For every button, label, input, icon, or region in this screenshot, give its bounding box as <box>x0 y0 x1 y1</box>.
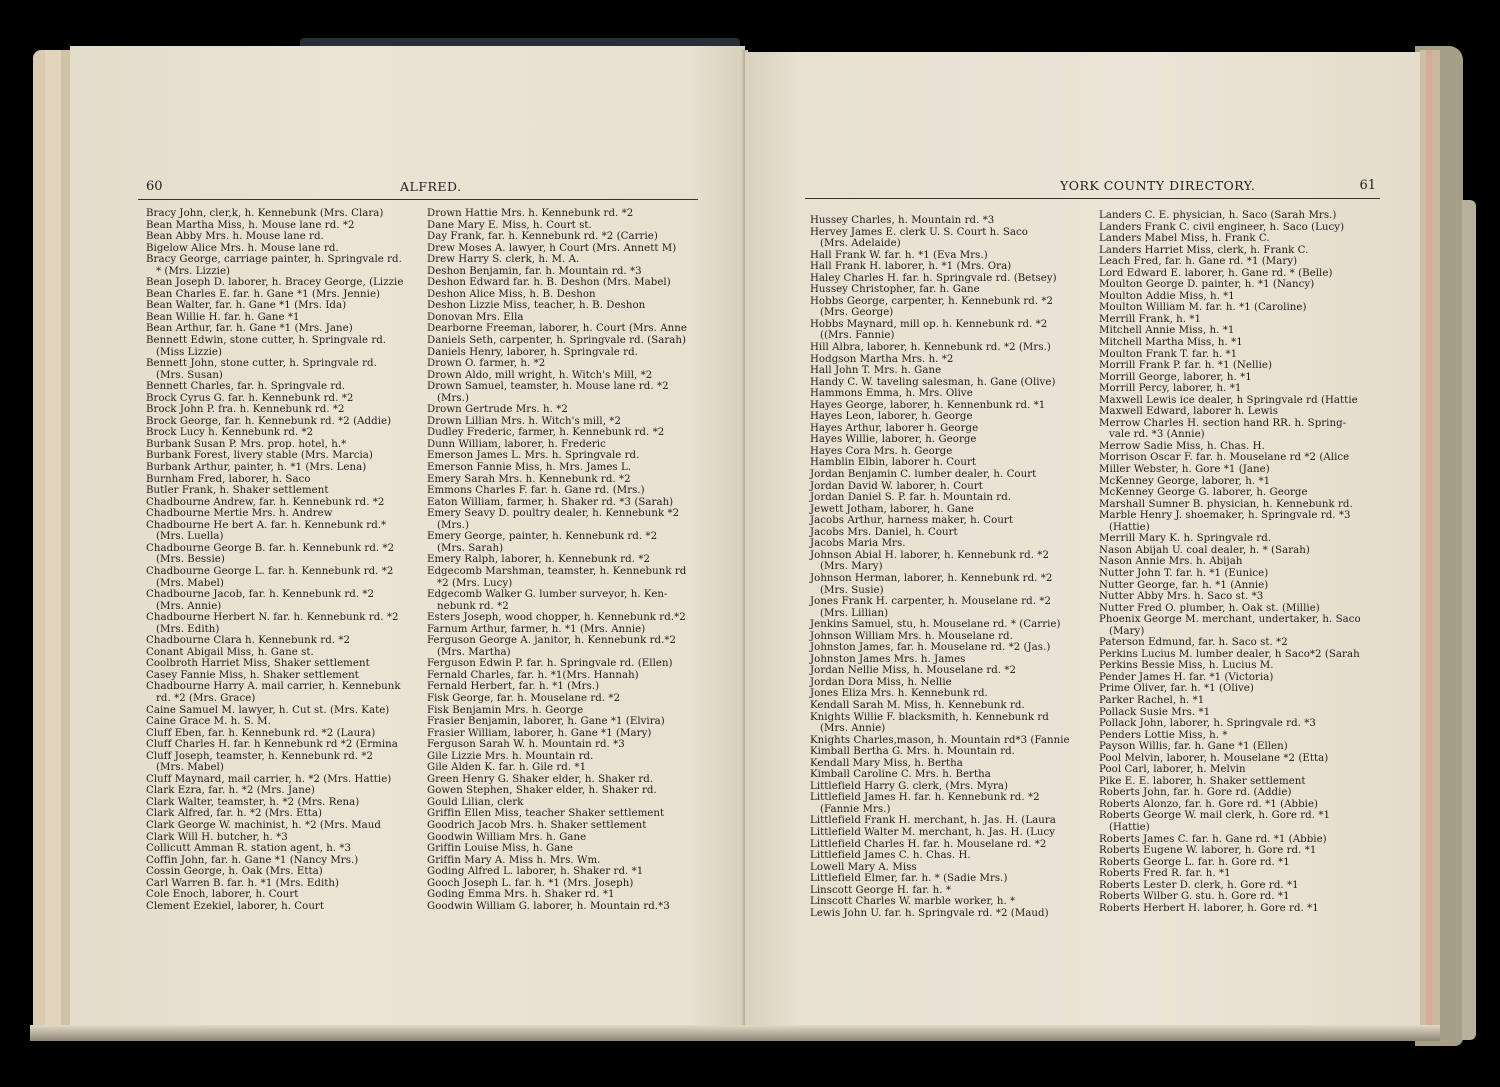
directory-entry: Ferguson George A. janitor, h. Kennebunk… <box>427 635 687 658</box>
entry-text: Payson Willis, far. h. Gane *1 (Ellen) <box>1099 741 1288 752</box>
entry-continuation: (Mrs. Edith) <box>146 624 403 636</box>
entry-text: Littlefield Elmer, far. h. * (Sadie Mrs.… <box>810 873 1008 884</box>
directory-entry: Jordan Benjamin C. lumber dealer, h. Cou… <box>810 469 1070 481</box>
directory-entry: Clark Alfred, far. h. *2 (Mrs. Etta) <box>146 808 403 820</box>
directory-entry: Bracy John, cler,k, h. Kennebunk (Mrs. C… <box>146 208 403 220</box>
entry-text: Parker Rachel, h. *1 <box>1099 695 1204 706</box>
entry-continuation: (Mrs. Susie) <box>810 585 1070 597</box>
directory-entry: Mitchell Annie Miss, h. *1 <box>1099 325 1361 337</box>
directory-entry: Hammons Emma, h. Mrs. Olive <box>810 388 1070 400</box>
entry-text: Drown Samuel, teamster, h. Mouse lane rd… <box>427 381 669 392</box>
directory-entry: Merrill Mary K. h. Springvale rd. <box>1099 533 1361 545</box>
entry-text: Lewis John U. far. h. Springvale rd. *2 … <box>810 908 1049 919</box>
entry-text: Bean Walter, far. h. Gane *1 (Mrs. Ida) <box>146 300 346 311</box>
directory-entry: Pool Carl, laborer, h. Melvin <box>1099 764 1361 776</box>
directory-entry: Kendall Sarah M. Miss, h. Kennebunk rd. <box>810 700 1070 712</box>
entry-continuation: (Mrs. Lillian) <box>810 608 1070 620</box>
entry-text: Butler Frank, h. Shaker settlement <box>146 485 329 496</box>
directory-entry: Roberts Fred R. far. h. *1 <box>1099 868 1361 880</box>
entry-text: Jenkins Samuel, stu, h. Mouselane rd. * … <box>810 619 1061 630</box>
entry-text: Cluff Charles H. far. h Kennebunk rd *2 … <box>146 739 398 750</box>
entry-text: Edgecomb Walker G. lumber surveyor, h. K… <box>427 589 668 600</box>
entry-text: Landers Harriet Miss, clerk, h. Frank C. <box>1099 245 1308 256</box>
directory-entry: Clark Will H. butcher, h. *3 <box>146 832 403 844</box>
directory-entry: Deshon Lizzie Miss, teacher, h. B. Desho… <box>427 300 687 312</box>
directory-entry: Jacobs Arthur, harness maker, h. Court <box>810 515 1070 527</box>
directory-entry: Frasier William, laborer, h. Gane *1 (Ma… <box>427 728 687 740</box>
entry-text: Hall John T. Mrs. h. Gane <box>810 365 941 376</box>
entry-continuation: (Mrs. Martha) <box>427 647 687 659</box>
entry-text: Roberts George L. far. h. Gore rd. *1 <box>1099 857 1290 868</box>
directory-entry: Caine Grace M. h. S. M. <box>146 716 403 728</box>
directory-entry: Bean Arthur, far. h. Gane *1 (Mrs. Jane) <box>146 323 403 335</box>
directory-entry: Knights Charles,mason, h. Mountain rd*3 … <box>810 735 1070 747</box>
directory-entry: Maxwell Edward, laborer h. Lewis <box>1099 406 1361 418</box>
entry-text: Merrill Frank, h. *1 <box>1099 314 1201 325</box>
directory-entry: Johnson William Mrs. h. Mouselane rd. <box>810 631 1070 643</box>
directory-entry: Pool Melvin, laborer, h. Mouselane *2 (E… <box>1099 753 1361 765</box>
directory-entry: Marshall Sumner B. physician, h. Kennebu… <box>1099 499 1361 511</box>
directory-entry: Green Henry G. Shaker elder, h. Shaker r… <box>427 774 687 786</box>
left-page: 60 ALFRED. Bracy John, cler,k, h. Kenneb… <box>70 46 745 1031</box>
entry-text: Hayes George, laborer, h. Kennenbunk rd.… <box>810 400 1045 411</box>
entry-text: Caine Samuel M. lawyer, h. Cut st. (Mrs.… <box>146 705 389 716</box>
entry-text: Jordan Nellie Miss, h. Mouselane rd. *2 <box>810 665 1016 676</box>
entry-text: Perkins Bessie Miss, h. Lucius M. <box>1099 660 1274 671</box>
entry-text: Clement Ezekiel, laborer, h. Court <box>146 901 324 912</box>
directory-entry: Hayes Arthur, laborer h. George <box>810 423 1070 435</box>
entry-text: Hill Albra, laborer, h. Kennebunk rd. *2… <box>810 342 1051 353</box>
entry-text: Hayes Cora Mrs. h. George <box>810 446 952 457</box>
directory-entry: Littlefield Frank H. merchant, h. Jas. H… <box>810 815 1070 827</box>
directory-entry: Mitchell Martha Miss, h. *1 <box>1099 337 1361 349</box>
entry-text: Cluff Eben, far. h. Kennebunk rd. *2 (La… <box>146 728 375 739</box>
entry-text: Jordan Daniel S. P. far. h. Mountain rd. <box>810 492 1011 503</box>
entry-text: Emmons Charles F. far. h. Gane rd. (Mrs.… <box>427 485 645 496</box>
directory-entry: Morrison Oscar F. far. h. Mouselane rd *… <box>1099 452 1361 464</box>
entry-text: Johnson William Mrs. h. Mouselane rd. <box>810 631 1013 642</box>
entry-text: Littlefield Charles H. far. h. Mouselane… <box>810 839 1046 850</box>
running-head: ALFRED. <box>400 179 462 194</box>
entry-text: Burbank Forest, livery stable (Mrs. Marc… <box>146 450 373 461</box>
directory-entry: Nutter John T. far. h. *1 (Eunice) <box>1099 568 1361 580</box>
entry-text: Bennett Edwin, stone cutter, h. Springva… <box>146 335 386 346</box>
directory-entry: Burbank Susan P. Mrs. prop. hotel, h.* <box>146 439 403 451</box>
directory-entry: Hall Frank W. far. h. *1 (Eva Mrs.) <box>810 250 1070 262</box>
entry-text: Hussey Charles, h. Mountain rd. *3 <box>810 215 994 226</box>
entry-text: Gooch Joseph L. far. h. *1 (Mrs. Joseph) <box>427 878 633 889</box>
directory-entry: Paterson Edmund, far. h. Saco st. *2 <box>1099 637 1361 649</box>
entry-text: Chadbourne George B. far. h. Kennebunk r… <box>146 543 394 554</box>
entry-text: Perkins Lucius M. lumber dealer, h Saco*… <box>1099 649 1360 660</box>
directory-entry: Johnston James, far. h. Mouselane rd. *2… <box>810 642 1070 654</box>
entry-text: Gowen Stephen, Shaker elder, h. Shaker r… <box>427 785 657 796</box>
entry-text: Burbank Arthur, painter, h. *1 (Mrs. Len… <box>146 462 366 473</box>
entry-text: Roberts James C. far. h. Gane rd. *1 (Ab… <box>1099 834 1327 845</box>
entry-text: Pike E. E. laborer, h. Shaker settlement <box>1099 776 1306 787</box>
directory-entry: Roberts Lester D. clerk, h. Gore rd. *1 <box>1099 880 1361 892</box>
entry-text: Brock John P. fra. h. Kennebunk rd. *2 <box>146 404 345 415</box>
entry-continuation: (Mrs. Mabel) <box>146 762 403 774</box>
directory-entry: Gould Lilian, clerk <box>427 797 687 809</box>
directory-entry: Jordan Nellie Miss, h. Mouselane rd. *2 <box>810 665 1070 677</box>
entry-text: Emery George, painter, h. Kennebunk rd. … <box>427 531 657 542</box>
directory-entry: Hayes Willie, laborer, h. George <box>810 434 1070 446</box>
directory-entry: Farnum Arthur, farmer, h. *1 (Mrs. Annie… <box>427 624 687 636</box>
page-stack-left <box>33 50 73 1040</box>
entry-text: Coolbroth Harriet Miss, Shaker settlemen… <box>146 658 370 669</box>
entry-continuation: (Mrs. Adelaide) <box>810 238 1070 250</box>
directory-entry: Roberts Wilber G. stu. h. Gore rd. *1 <box>1099 891 1361 903</box>
right-page: YORK COUNTY DIRECTORY. 61 Hussey Charles… <box>745 52 1423 1037</box>
directory-entry: Chadbourne Mertie Mrs. h. Andrew <box>146 508 403 520</box>
entry-text: Penders Lottie Miss, h. * <box>1099 730 1228 741</box>
entry-text: Bean Charles E. far. h. Gane *1 (Mrs. Je… <box>146 289 380 300</box>
directory-entry: Griffin Ellen Miss, teacher Shaker settl… <box>427 808 687 820</box>
entry-text: Conant Abigail Miss, h. Gane st. <box>146 647 314 658</box>
directory-entry: Drown Gertrude Mrs. h. *2 <box>427 404 687 416</box>
directory-entry: Moulton Frank T. far. h. *1 <box>1099 349 1361 361</box>
directory-entry: Fernald Herbert, far. h. *1 (Mrs.) <box>427 681 687 693</box>
directory-entry: Ferguson Sarah W. h. Mountain rd. *3 <box>427 739 687 751</box>
entry-text: Littlefield James H. far. h. Kennebunk r… <box>810 792 1040 803</box>
directory-entry: Fernald Charles, far. h. *1(Mrs. Hannah) <box>427 670 687 682</box>
directory-entry: Landers Frank C. civil engineer, h. Saco… <box>1099 222 1361 234</box>
directory-entry: Pollack John, laborer, h. Springvale rd.… <box>1099 718 1361 730</box>
entry-text: Maxwell Edward, laborer h. Lewis <box>1099 406 1278 417</box>
entry-text: Frasier Benjamin, laborer, h. Gane *1 (E… <box>427 716 665 727</box>
entry-text: Cluff Joseph, teamster, h. Kennebunk rd.… <box>146 751 373 762</box>
entry-text: Fernald Herbert, far. h. *1 (Mrs.) <box>427 681 599 692</box>
entry-text: Clark Walter, teamster, h. *2 (Mrs. Rena… <box>146 797 359 808</box>
directory-entry: Bean Charles E. far. h. Gane *1 (Mrs. Je… <box>146 289 403 301</box>
directory-entry: Lord Edward E. laborer, h. Gane rd. * (B… <box>1099 268 1361 280</box>
directory-entry: Emerson James L. Mrs. h. Springvale rd. <box>427 450 687 462</box>
directory-entry: Emery Sarah Mrs. h. Kennebunk rd. *2 <box>427 474 687 486</box>
entry-continuation: (Mrs.) <box>427 520 687 532</box>
directory-entry: Hodgson Martha Mrs. h. *2 <box>810 354 1070 366</box>
directory-entry: Butler Frank, h. Shaker settlement <box>146 485 403 497</box>
directory-entry: Goodrich Jacob Mrs. h. Shaker settlement <box>427 820 687 832</box>
directory-entry: Fisk George, far. h. Mouselane rd. *2 <box>427 693 687 705</box>
entry-text: Roberts John, far. h. Gore rd. (Addie) <box>1099 787 1292 798</box>
directory-entry: Jacobs Maria Mrs. <box>810 538 1070 550</box>
directory-entry: Burnham Fred, laborer, h. Saco <box>146 474 403 486</box>
directory-entry: Perkins Lucius M. lumber dealer, h Saco*… <box>1099 649 1361 661</box>
entry-text: Gile Lizzie Mrs. h. Mountain rd. <box>427 751 593 762</box>
directory-entry: Leach Fred, far. h. Gane rd. *1 (Mary) <box>1099 256 1361 268</box>
entry-text: Fernald Charles, far. h. *1(Mrs. Hannah) <box>427 670 639 681</box>
entry-text: Gould Lilian, clerk <box>427 797 524 808</box>
entry-text: Nutter Abby Mrs. h. Saco st. *3 <box>1099 591 1263 602</box>
entry-text: Drew Moses A. lawyer, h Court (Mrs. Anne… <box>427 243 676 254</box>
directory-entry: Cluff Eben, far. h. Kennebunk rd. *2 (La… <box>146 728 403 740</box>
entry-text: Nason Annie Mrs. h. Abijah <box>1099 556 1242 567</box>
directory-entry: Jordan Dora Miss, h. Nellie <box>810 677 1070 689</box>
directory-entry: Bean Willie H. far. h. Gane *1 <box>146 312 403 324</box>
entry-text: Kendall Mary Miss, h. Bertha <box>810 758 963 769</box>
entry-text: Roberts Eugene W. laborer, h. Gore rd. *… <box>1099 845 1316 856</box>
entry-continuation: (Mary) <box>1099 626 1361 638</box>
entry-continuation: (Mrs. George) <box>810 307 1070 319</box>
directory-entry: Chadbourne Jacob, far. h. Kennebunk rd. … <box>146 589 403 612</box>
directory-entry: Morrill George, laborer, h. *1 <box>1099 372 1361 384</box>
directory-entry: Griffin Mary A. Miss h. Mrs. Wm. <box>427 855 687 867</box>
entry-text: Roberts George W. mail clerk, h. Gore rd… <box>1099 810 1330 821</box>
entry-text: Jewett Jotham, laborer, h. Gane <box>810 504 974 515</box>
entry-text: Drown Gertrude Mrs. h. *2 <box>427 404 568 415</box>
entry-text: Jacobs Arthur, harness maker, h. Court <box>810 515 1013 526</box>
directory-entry: Nutter Abby Mrs. h. Saco st. *3 <box>1099 591 1361 603</box>
entry-text: Chadbourne Herbert N. far. h. Kennebunk … <box>146 612 399 623</box>
entry-text: Daniels Seth, carpenter, h. Springvale r… <box>427 335 686 346</box>
directory-entry: Casey Fannie Miss, h. Shaker settlement <box>146 670 403 682</box>
entry-text: Roberts Herbert H. laborer, h. Gore rd. … <box>1099 903 1319 914</box>
directory-entry: Littlefield Elmer, far. h. * (Sadie Mrs.… <box>810 873 1070 885</box>
directory-entry: Donovan Mrs. Ella <box>427 312 687 324</box>
directory-entry: Kimball Caroline C. Mrs. h. Bertha <box>810 769 1070 781</box>
entry-text: Deshon Alice Miss, h. B. Deshon <box>427 289 596 300</box>
directory-entry: Merrow Charles H. section hand RR. h. Sp… <box>1099 418 1361 441</box>
entry-text: Jordan David W. laborer, h. Court <box>810 481 983 492</box>
directory-entry: Gile Alden K. far. h. Gile rd. *1 <box>427 762 687 774</box>
entry-text: Mitchell Martha Miss, h. *1 <box>1099 337 1243 348</box>
entry-text: Linscott Charles W. marble worker, h. * <box>810 896 1015 907</box>
entry-text: Clark Will H. butcher, h. *3 <box>146 832 288 843</box>
directory-entry: Ferguson Edwin P. far. h. Springvale rd.… <box>427 658 687 670</box>
entry-text: Esters Joseph, wood chopper, h. Kennebun… <box>427 612 686 623</box>
directory-entry: Drown Hattie Mrs. h. Kennebunk rd. *2 <box>427 208 687 220</box>
entry-text: Chadbourne He bert A. far. h. Kennebunk … <box>146 520 386 531</box>
entry-text: Knights Willie F. blacksmith, h. Kennebu… <box>810 712 1049 723</box>
entry-text: Chadbourne Jacob, far. h. Kennebunk rd. … <box>146 589 374 600</box>
entry-continuation: (Miss Lizzie) <box>146 347 403 359</box>
directory-entry: Hall Frank H. laborer, h. *1 (Mrs. Ora) <box>810 261 1070 273</box>
directory-entry: Prime Oliver, far. h. *1 (Olive) <box>1099 683 1361 695</box>
directory-entry: Jones Frank H. carpenter, h. Mouselane r… <box>810 596 1070 619</box>
directory-entry: McKenney George, laborer, h. *1 <box>1099 476 1361 488</box>
entry-text: Pollack Susie Mrs. *1 <box>1099 707 1210 718</box>
directory-entry: Chadbourne He bert A. far. h. Kennebunk … <box>146 520 403 543</box>
entry-text: Emery Seavy D. poultry dealer, h. Kenneb… <box>427 508 679 519</box>
entry-text: Dearborne Freeman, laborer, h. Court (Mr… <box>427 323 687 334</box>
directory-entry: Littlefield James C. h. Chas. H. <box>810 850 1070 862</box>
entry-text: Bennett John, stone cutter, h. Springval… <box>146 358 377 369</box>
directory-entry: Deshon Benjamin, far. h. Mountain rd. *3 <box>427 266 687 278</box>
entry-text: Griffin Ellen Miss, teacher Shaker settl… <box>427 808 664 819</box>
directory-entry: Linscott Charles W. marble worker, h. * <box>810 896 1070 908</box>
directory-entry: Coffin John, far. h. Gane *1 (Nancy Mrs.… <box>146 855 403 867</box>
entry-text: Collicutt Amman R. station agent, h. *3 <box>146 843 351 854</box>
entry-continuation: (Mrs. Mary) <box>810 561 1070 573</box>
directory-entry: Merrow Sadie Miss, h. Chas. H. <box>1099 441 1361 453</box>
directory-entry: Bigelow Alice Mrs. h. Mouse lane rd. <box>146 243 403 255</box>
entry-text: Edgecomb Marshman, teamster, h. Kennebun… <box>427 566 686 577</box>
directory-entry: Daniels Seth, carpenter, h. Springvale r… <box>427 335 687 347</box>
entry-text: Clark Ezra, far. h. *2 (Mrs. Jane) <box>146 785 315 796</box>
entry-continuation: (Mrs. Susan) <box>146 370 403 382</box>
entry-text: Johnson Abial H. laborer, h. Kennebunk r… <box>810 550 1049 561</box>
entry-text: Leach Fred, far. h. Gane rd. *1 (Mary) <box>1099 256 1297 267</box>
entry-text: Drew Harry S. clerk, h. M. A. <box>427 254 579 265</box>
entry-text: Jones Eliza Mrs. h. Kennebunk rd. <box>810 688 988 699</box>
entry-text: Chadbourne Andrew, far. h. Kennebunk rd.… <box>146 497 384 508</box>
directory-column: Hussey Charles, h. Mountain rd. *3Hervey… <box>810 215 1070 919</box>
directory-entry: Goodwin William G. laborer, h. Mountain … <box>427 901 687 913</box>
directory-entry: Pike E. E. laborer, h. Shaker settlement <box>1099 776 1361 788</box>
directory-entry: Dudley Frederic, farmer, h. Kennebunk rd… <box>427 427 687 439</box>
entry-text: Burbank Susan P. Mrs. prop. hotel, h.* <box>146 439 346 450</box>
entry-text: Casey Fannie Miss, h. Shaker settlement <box>146 670 359 681</box>
entry-text: Ferguson Edwin P. far. h. Springvale rd.… <box>427 658 673 669</box>
entry-text: Roberts Wilber G. stu. h. Gore rd. *1 <box>1099 891 1290 902</box>
entry-text: Drown Aldo, mill wright, h. Witch's Mill… <box>427 370 652 381</box>
directory-entry: Hayes Leon, laborer, h. George <box>810 411 1070 423</box>
entry-text: Mitchell Annie Miss, h. *1 <box>1099 325 1234 336</box>
directory-entry: Dearborne Freeman, laborer, h. Court (Mr… <box>427 323 687 335</box>
entry-text: Jacobs Maria Mrs. <box>810 538 906 549</box>
directory-entry: Chadbourne Harry A. mail carrier, h. Ken… <box>146 681 403 704</box>
entry-text: Morrill Percy, laborer, h. *1 <box>1099 383 1241 394</box>
entry-text: Moulton Addie Miss, h. *1 <box>1099 291 1235 302</box>
entry-text: Bracy George, carriage painter, h. Sprin… <box>146 254 402 265</box>
entry-text: Fisk Benjamin Mrs. h. George <box>427 705 583 716</box>
entry-text: Paterson Edmund, far. h. Saco st. *2 <box>1099 637 1288 648</box>
directory-entry: Jacobs Mrs. Daniel, h. Court <box>810 527 1070 539</box>
directory-entry: Lowell Mary A. Miss <box>810 862 1070 874</box>
entry-text: Clark Alfred, far. h. *2 (Mrs. Etta) <box>146 808 322 819</box>
directory-entry: Jewett Jotham, laborer, h. Gane <box>810 504 1070 516</box>
directory-entry: Morrill Percy, laborer, h. *1 <box>1099 383 1361 395</box>
entry-text: Jordan Benjamin C. lumber dealer, h. Cou… <box>810 469 1036 480</box>
entry-continuation: nebunk rd. *2 <box>427 601 687 613</box>
entry-text: Merrow Sadie Miss, h. Chas. H. <box>1099 441 1265 452</box>
entry-text: Roberts Lester D. clerk, h. Gore rd. *1 <box>1099 880 1299 891</box>
directory-entry: Esters Joseph, wood chopper, h. Kennebun… <box>427 612 687 624</box>
entry-text: Bean Willie H. far. h. Gane *1 <box>146 312 300 323</box>
directory-entry: Chadbourne George L. far. h. Kennebunk r… <box>146 566 403 589</box>
directory-entry: Griffin Louise Miss, h. Gane <box>427 843 687 855</box>
entry-text: Hammons Emma, h. Mrs. Olive <box>810 388 973 399</box>
entry-text: Chadbourne Clara h. Kennebunk rd. *2 <box>146 635 350 646</box>
entry-text: Pool Melvin, laborer, h. Mouselane *2 (E… <box>1099 753 1328 764</box>
entry-text: Kimball Caroline C. Mrs. h. Bertha <box>810 769 991 780</box>
directory-entry: Clement Ezekiel, laborer, h. Court <box>146 901 403 913</box>
directory-entry: Kimball Bertha G. Mrs. h. Mountain rd. <box>810 746 1070 758</box>
directory-entry: Littlefield James H. far. h. Kennebunk r… <box>810 792 1070 815</box>
directory-entry: Johnston James Mrs. h. James <box>810 654 1070 666</box>
running-head: YORK COUNTY DIRECTORY. <box>1060 178 1255 193</box>
entry-text: Knights Charles,mason, h. Mountain rd*3 … <box>810 735 1070 746</box>
entry-text: Brock Lucy h. Kennebunk rd. *2 <box>146 427 313 438</box>
directory-entry: Hobbs George, carpenter, h. Kennebunk rd… <box>810 296 1070 319</box>
directory-entry: Burbank Forest, livery stable (Mrs. Marc… <box>146 450 403 462</box>
entry-text: Littlefield Frank H. merchant, h. Jas. H… <box>810 815 1056 826</box>
directory-entry: Jones Eliza Mrs. h. Kennebunk rd. <box>810 688 1070 700</box>
entry-text: McKenney George G. laborer, h. George <box>1099 487 1308 498</box>
entry-text: Jordan Dora Miss, h. Nellie <box>810 677 952 688</box>
directory-entry: Bean Abby Mrs. h. Mouse lane rd. <box>146 231 403 243</box>
directory-entry: Gowen Stephen, Shaker elder, h. Shaker r… <box>427 785 687 797</box>
directory-entry: Pollack Susie Mrs. *1 <box>1099 707 1361 719</box>
entry-text: Coffin John, far. h. Gane *1 (Nancy Mrs.… <box>146 855 358 866</box>
entry-text: Drown Lillian Mrs. h. Witch's mill, *2 <box>427 416 621 427</box>
entry-text: Bean Abby Mrs. h. Mouse lane rd. <box>146 231 324 242</box>
directory-entry: Day Frank, far. h. Kennebunk rd. *2 (Car… <box>427 231 687 243</box>
entry-text: Ferguson Sarah W. h. Mountain rd. *3 <box>427 739 625 750</box>
directory-entry: Drown O. farmer, h. *2 <box>427 358 687 370</box>
entry-text: Jones Frank H. carpenter, h. Mouselane r… <box>810 596 1051 607</box>
entry-text: Drown Hattie Mrs. h. Kennebunk rd. *2 <box>427 208 633 219</box>
directory-entry: Littlefield Harry G. clerk, (Mrs. Myra) <box>810 781 1070 793</box>
book-bottom-edge <box>30 1025 1440 1041</box>
entry-continuation: (Hattie) <box>1099 522 1361 534</box>
entry-continuation: (Mrs. Bessie) <box>146 554 403 566</box>
directory-entry: Bennett Edwin, stone cutter, h. Springva… <box>146 335 403 358</box>
directory-entry: Jordan David W. laborer, h. Court <box>810 481 1070 493</box>
entry-text: Morrill Frank P. far. h. *1 (Nellie) <box>1099 360 1272 371</box>
directory-entry: Landers Harriet Miss, clerk, h. Frank C. <box>1099 245 1361 257</box>
entry-text: Dunn William, laborer, h. Frederic <box>427 439 606 450</box>
entry-text: Bean Martha Miss, h. Mouse lane rd. *2 <box>146 220 355 231</box>
directory-entry: Bennett Charles, far. h. Springvale rd. <box>146 381 403 393</box>
entry-text: Bigelow Alice Mrs. h. Mouse lane rd. <box>146 243 339 254</box>
entry-continuation: (Mrs.) <box>427 393 687 405</box>
directory-entry: Clark Walter, teamster, h. *2 (Mrs. Rena… <box>146 797 403 809</box>
entry-text: Littlefield Walter M. merchant, h. Jas. … <box>810 827 1055 838</box>
entry-continuation: vale rd. *3 (Annie) <box>1099 429 1361 441</box>
directory-entry: Hobbs Maynard, mill op. h. Kennebunk rd.… <box>810 319 1070 342</box>
directory-entry: Hill Albra, laborer, h. Kennebunk rd. *2… <box>810 342 1070 354</box>
entry-text: Dane Mary E. Miss, h. Court st. <box>427 220 592 231</box>
open-book: 60 ALFRED. Bracy John, cler,k, h. Kenneb… <box>0 0 1500 1087</box>
entry-text: Lowell Mary A. Miss <box>810 862 917 873</box>
entry-continuation: ((Mrs. Fannie) <box>810 330 1070 342</box>
entry-text: Goodrich Jacob Mrs. h. Shaker settlement <box>427 820 646 831</box>
entry-text: Maxwell Lewis ice dealer, h Springvale r… <box>1099 395 1358 406</box>
directory-entry: Phoenix George M. merchant, undertaker, … <box>1099 614 1361 637</box>
directory-entry: Jenkins Samuel, stu, h. Mouselane rd. * … <box>810 619 1070 631</box>
entry-text: Moulton Frank T. far. h. *1 <box>1099 349 1237 360</box>
entry-text: Hervey James E. clerk U. S. Court h. Sac… <box>810 227 1028 238</box>
entry-text: Moulton George D. painter, h. *1 (Nancy) <box>1099 279 1314 290</box>
directory-entry: Brock John P. fra. h. Kennebunk rd. *2 <box>146 404 403 416</box>
entry-text: Johnson Herman, laborer, h. Kennebunk rd… <box>810 573 1052 584</box>
directory-entry: Roberts Eugene W. laborer, h. Gore rd. *… <box>1099 845 1361 857</box>
entry-continuation: * (Mrs. Lizzie) <box>146 266 403 278</box>
entry-continuation: (Mrs. Annie) <box>810 723 1070 735</box>
directory-entry: Emery George, painter, h. Kennebunk rd. … <box>427 531 687 554</box>
directory-entry: Haley Charles H. far. h. Springvale rd. … <box>810 273 1070 285</box>
directory-entry: Coolbroth Harriet Miss, Shaker settlemen… <box>146 658 403 670</box>
directory-entry: Dane Mary E. Miss, h. Court st. <box>427 220 687 232</box>
directory-entry: Knights Willie F. blacksmith, h. Kennebu… <box>810 712 1070 735</box>
entry-text: Landers Mabel Miss, h. Frank C. <box>1099 233 1270 244</box>
directory-entry: Frasier Benjamin, laborer, h. Gane *1 (E… <box>427 716 687 728</box>
entry-continuation: (Fannie Mrs.) <box>810 804 1070 816</box>
entry-text: Moulton William M. far. h. *1 (Caroline) <box>1099 302 1306 313</box>
entry-text: Haley Charles H. far. h. Springvale rd. … <box>810 273 1057 284</box>
directory-entry: Bennett John, stone cutter, h. Springval… <box>146 358 403 381</box>
directory-entry: Chadbourne Clara h. Kennebunk rd. *2 <box>146 635 403 647</box>
entry-text: Hayes Leon, laborer, h. George <box>810 411 973 422</box>
entry-text: Burnham Fred, laborer, h. Saco <box>146 474 311 485</box>
entry-text: Hall Frank W. far. h. *1 (Eva Mrs.) <box>810 250 988 261</box>
directory-entry: Deshon Alice Miss, h. B. Deshon <box>427 289 687 301</box>
page-number: 61 <box>1359 178 1376 193</box>
directory-entry: Pender James H. far. *1 (Victoria) <box>1099 672 1361 684</box>
directory-entry: Drown Aldo, mill wright, h. Witch's Mill… <box>427 370 687 382</box>
